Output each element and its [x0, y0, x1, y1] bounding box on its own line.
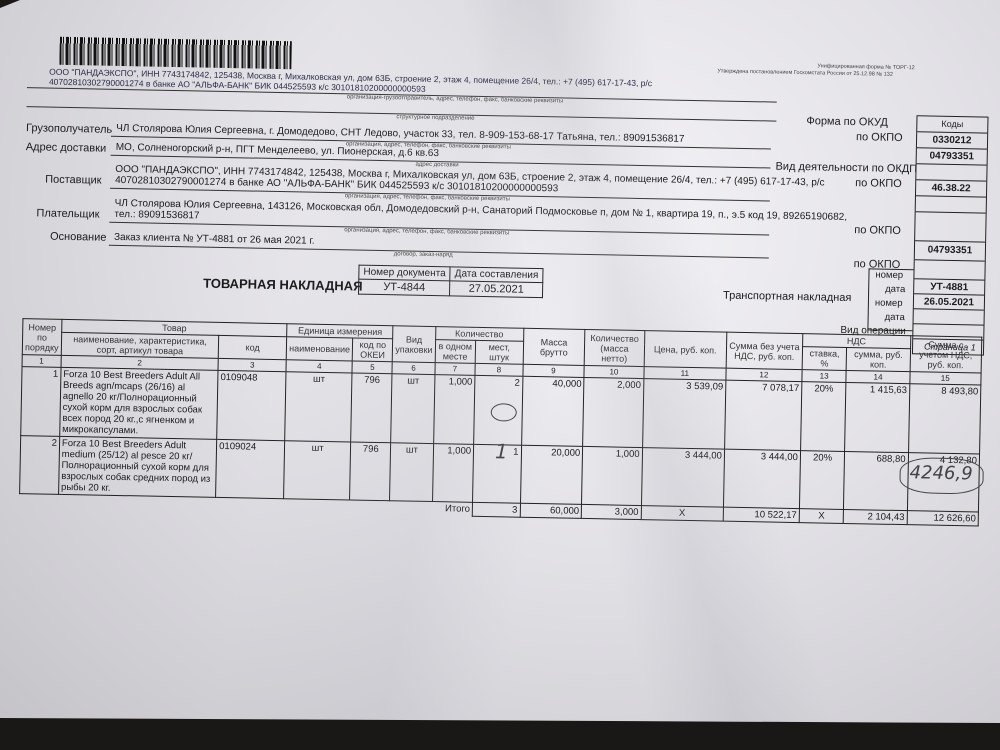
- okpo-label: по ОКПО: [856, 131, 903, 144]
- payer-line2: тел.: 89091536817: [114, 209, 199, 222]
- basis-label: Основание: [50, 231, 107, 244]
- product-name: Forza 10 Best Breeders Adult medium (25/…: [58, 436, 216, 497]
- basis-date-value: 26.05.2021: [914, 294, 984, 310]
- col-gross-header: Масса брутто: [523, 328, 585, 365]
- col-vat-rate-header: ставка, %: [802, 347, 847, 371]
- okpo-value: 04793351: [917, 148, 987, 165]
- codes-header: Коды: [917, 116, 987, 133]
- transport-label: Транспортная накладная: [723, 290, 852, 304]
- product-name: Forza 10 Best Breeders Adult All Breeds …: [60, 367, 219, 439]
- doc-number-table: Номер документа Дата составления УТ-4844…: [358, 265, 544, 299]
- col-unit-name-header: наименование: [286, 337, 352, 361]
- col-sum-no-vat-header: Сумма без учета НДС, руб. коп.: [726, 332, 803, 369]
- doc-number-value: УТ-4844: [358, 279, 450, 296]
- payer-label: Плательщик: [36, 207, 99, 220]
- delivery-caption: адрес доставки: [415, 162, 458, 169]
- col-num-header: Номер по порядку: [22, 319, 62, 356]
- barcode: [59, 37, 291, 69]
- goods-table: Номер по порядку Товар Единица измерения…: [19, 318, 982, 526]
- tn-date-label: дата: [885, 312, 905, 323]
- consignee-label: Грузополучатель: [26, 122, 112, 136]
- product-code: 0109024: [216, 439, 285, 498]
- col-qty-places-header: мест, штук: [475, 340, 523, 364]
- basis-caption: договор, заказ-наряд: [394, 251, 453, 258]
- okdp-value: 46.38.22: [916, 180, 986, 197]
- document-title: ТОВАРНАЯ НАКЛАДНАЯ: [203, 276, 363, 294]
- handwritten-places-note: 1: [495, 439, 508, 463]
- torg12-document: Унифицированная форма № ТОРГ-12 Утвержде…: [18, 30, 988, 49]
- okpo-supplier-value: 04793351: [915, 241, 985, 261]
- col-price-header: Цена, руб. коп.: [644, 331, 727, 369]
- col-okei-header: код по ОКЕИ: [352, 338, 393, 362]
- invoice-paper: Унифицированная форма № ТОРГ-12 Утвержде…: [0, 0, 1000, 750]
- okud-label: Форма по ОКУД: [806, 115, 888, 129]
- doc-date-value: 27.05.2021: [450, 281, 543, 298]
- okpo2-label: по ОКПО: [855, 177, 902, 190]
- basis-number-label: номер: [875, 270, 903, 282]
- basis-date-label: дата: [885, 284, 905, 295]
- col-net-header: Количество (масса нетто): [584, 329, 644, 366]
- col-vat-sum-header: сумма, руб. коп.: [846, 347, 910, 371]
- col-qty-per-header: в одном месте: [435, 340, 476, 364]
- okud-value: 0330212: [917, 132, 987, 149]
- col-goods-name-header: наименование, характеристика, сорт, арти…: [61, 332, 219, 358]
- codes-box: Коды 0330212 04793351 46.38.22 04793351 …: [912, 115, 989, 355]
- col-pack-header: Вид упаковки: [393, 326, 436, 363]
- col-goods-code-header: код: [218, 335, 287, 359]
- col-sum-vat-header: Сумма с учетом НДС, руб. коп.: [910, 336, 982, 373]
- sender-caption: организация-грузоотправитель, адрес, тел…: [347, 94, 563, 104]
- structural-caption: структурное подразделение: [396, 114, 474, 121]
- grand-total: 12 626,60: [907, 511, 979, 526]
- okdp-label: Вид деятельности по ОКДП: [775, 161, 917, 176]
- tn-number-label: номер: [875, 298, 903, 310]
- handwritten-sum-note: 4246,9: [909, 462, 972, 484]
- delivery-label: Адрес доставки: [26, 141, 107, 155]
- okpo-supplier-label: по ОКПО: [854, 224, 901, 237]
- basis-number-value: УТ-4881: [914, 279, 984, 295]
- handwritten-circle: [491, 403, 517, 421]
- product-code: 0109048: [217, 370, 286, 440]
- supplier-label: Поставщик: [45, 174, 102, 187]
